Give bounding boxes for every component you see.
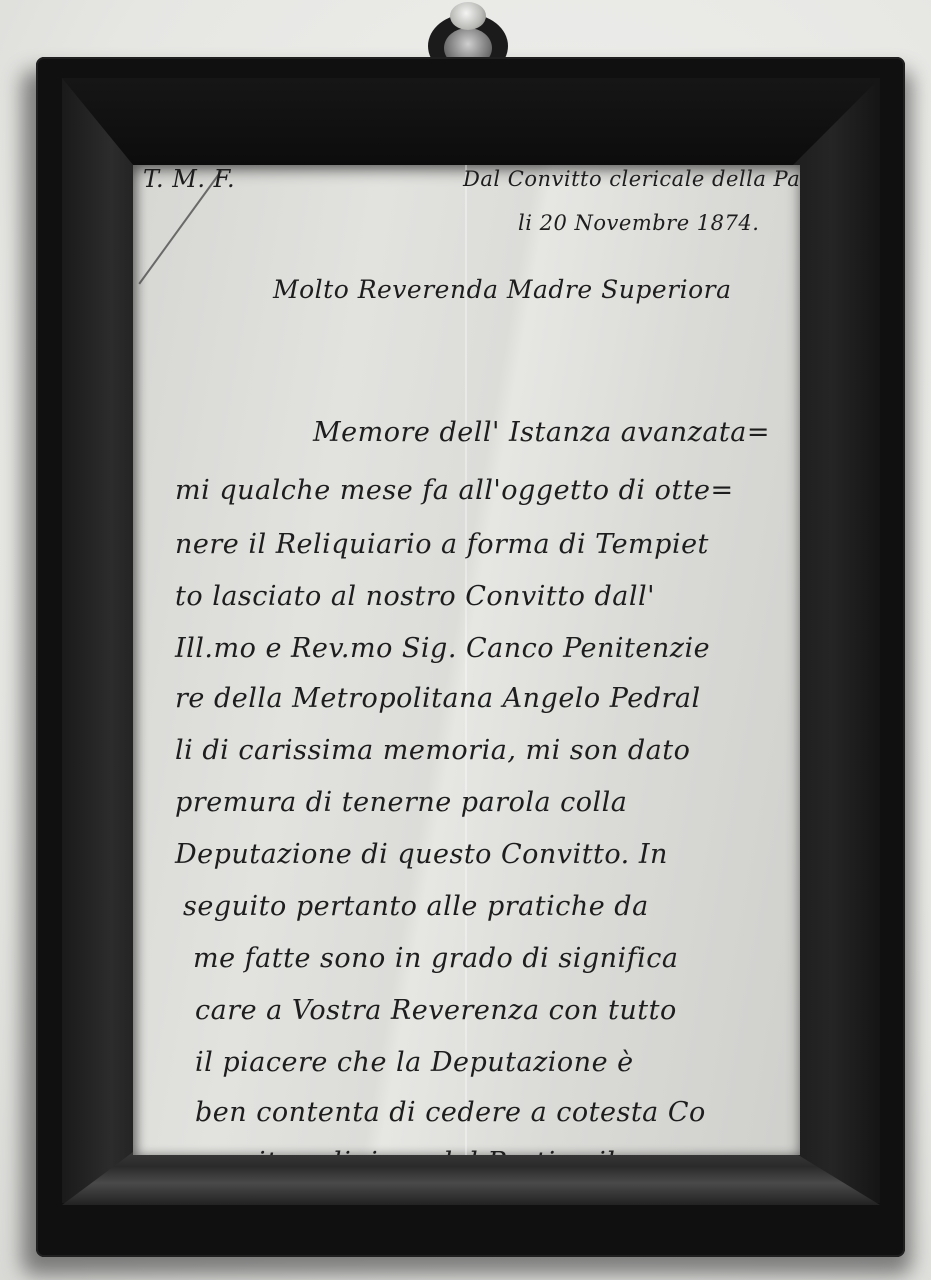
body-line: Memore dell' Istanza avanzata= (313, 417, 800, 448)
body-line: re della Metropolitana Angelo Pedral (175, 683, 800, 714)
body-line: care a Vostra Reverenza con tutto (195, 995, 800, 1026)
letter-date: li 20 Novembre 1874. (518, 211, 759, 235)
frame-bevel-bottom (62, 1150, 880, 1205)
body-line: seguito pertanto alle pratiche da (183, 891, 800, 922)
letter-paper: T. M. F. Dal Convitto clericale della Pa… (133, 165, 800, 1155)
reference-mark: T. M. F. (143, 165, 235, 193)
body-line: to lasciato al nostro Convitto dall' (175, 581, 800, 612)
hanging-nail-icon (428, 6, 508, 64)
nail-head (450, 2, 486, 30)
body-line: Deputazione di questo Convitto. In (175, 839, 800, 870)
body-line: nere il Reliquiario a forma di Tempiet (175, 529, 800, 560)
letter-salutation: Molto Reverenda Madre Superiora (273, 275, 732, 304)
body-line: il piacere che la Deputazione è (195, 1047, 800, 1078)
letter-place: Dal Convitto clericale della Pa… (463, 167, 800, 191)
body-line: premura di tenerne parola colla (175, 787, 800, 818)
body-line: mi qualche mese fa all'oggetto di otte= (175, 475, 800, 506)
frame-bevel-top (62, 78, 880, 168)
body-line: ben contenta di cedere a cotesta Co (195, 1097, 800, 1128)
body-line: munita religiosa del Portico il (195, 1147, 800, 1155)
body-line: Ill.mo e Rev.mo Sig. Canco Penitenzie (175, 633, 800, 664)
body-line: me fatte sono in grado di significa (193, 943, 800, 974)
body-line: li di carissima memoria, mi son dato (175, 735, 800, 766)
